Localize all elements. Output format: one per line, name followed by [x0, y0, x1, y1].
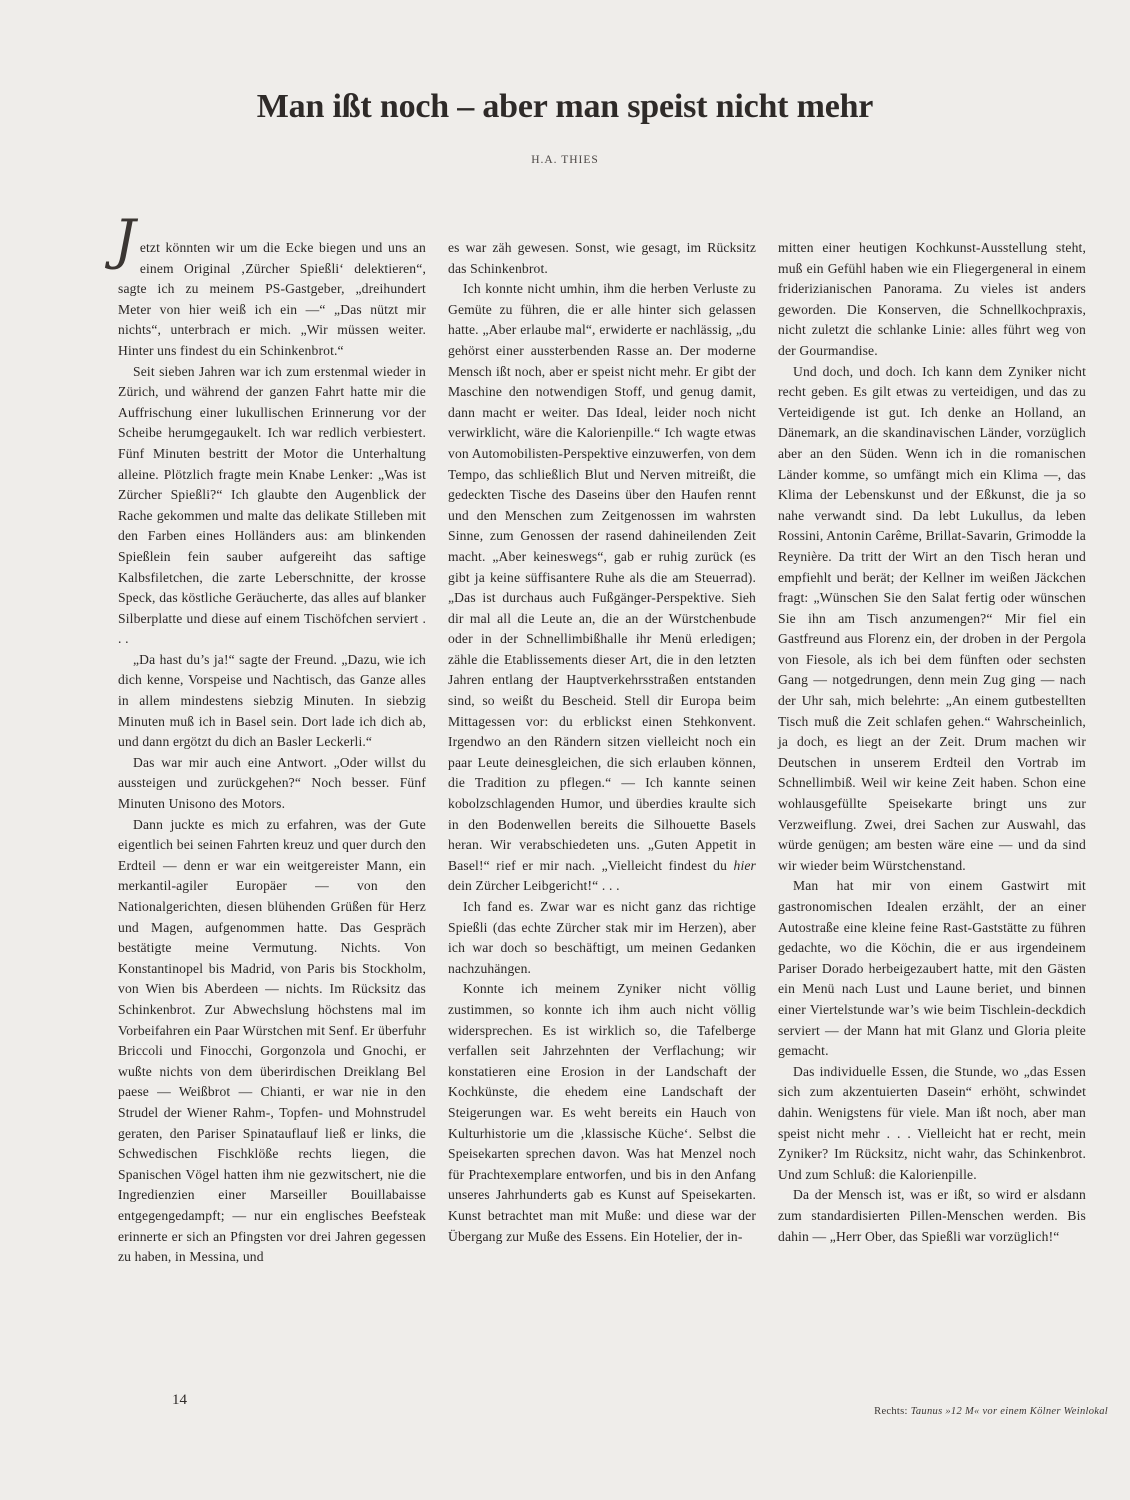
paragraph: es war zäh gewesen. Sonst, wie gesagt, i… — [448, 238, 756, 279]
column-1: Jetzt könnten wir um die Ecke biegen und… — [118, 238, 426, 1268]
paragraph: Ich konnte nicht umhin, ihm die herben V… — [448, 279, 756, 897]
emphasis: hier — [734, 858, 757, 873]
drop-cap: J — [114, 218, 136, 262]
column-3: mitten einer heutigen Kochkunst-Ausstell… — [778, 238, 1086, 1268]
paragraph: Das individuelle Essen, die Stunde, wo „… — [778, 1062, 1086, 1186]
article-body: Jetzt könnten wir um die Ecke biegen und… — [118, 238, 1086, 1268]
paragraph: Konnte ich meinem Zyniker nicht völlig z… — [448, 979, 756, 1247]
paragraph: Jetzt könnten wir um die Ecke biegen und… — [118, 238, 426, 362]
article-title: Man ißt noch – aber man speist nicht meh… — [0, 88, 1130, 126]
author-byline: H.A. THIES — [0, 154, 1130, 166]
paragraph: Da der Mensch ist, was er ißt, so wird e… — [778, 1185, 1086, 1247]
column-2: es war zäh gewesen. Sonst, wie gesagt, i… — [448, 238, 756, 1268]
photo-caption: Rechts: Taunus »12 M« vor einem Kölner W… — [874, 1406, 1108, 1417]
paragraph: Man hat mir von einem Gastwirt mit gastr… — [778, 876, 1086, 1061]
paragraph: Ich fand es. Zwar war es nicht ganz das … — [448, 897, 756, 979]
paragraph: „Da hast du’s ja!“ sagte der Freund. „Da… — [118, 650, 426, 753]
page-number: 14 — [172, 1392, 187, 1409]
paragraph: Das war mir auch eine Antwort. „Oder wil… — [118, 753, 426, 815]
paragraph: Und doch, und doch. Ich kann dem Zyniker… — [778, 362, 1086, 877]
paragraph: Seit sieben Jahren war ich zum erstenmal… — [118, 362, 426, 650]
paragraph: Dann juckte es mich zu erfahren, was der… — [118, 815, 426, 1268]
paragraph: mitten einer heutigen Kochkunst-Ausstell… — [778, 238, 1086, 362]
